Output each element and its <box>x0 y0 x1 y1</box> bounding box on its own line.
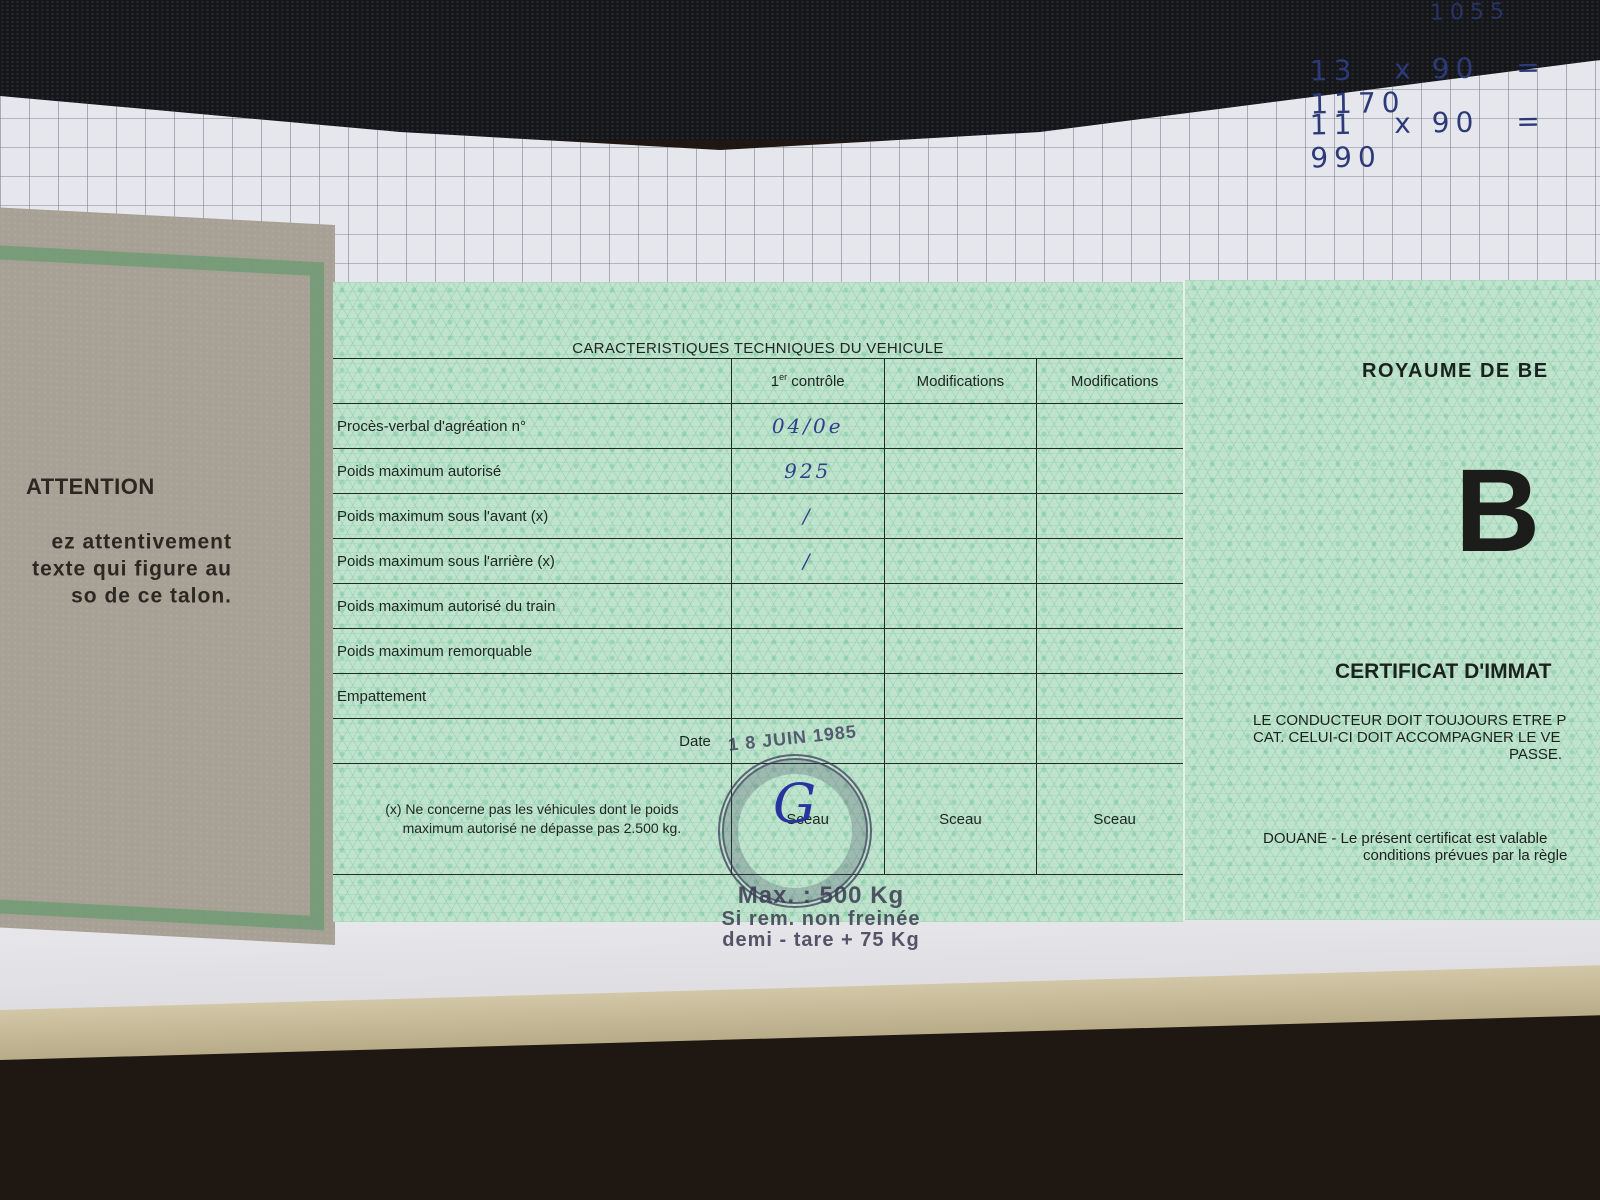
notice-line: PASSE. <box>1253 746 1566 763</box>
stamp-line: Si rem. non freinée <box>691 908 951 931</box>
first-control-value <box>731 674 884 719</box>
calc-equals: = <box>1516 50 1546 84</box>
seal-cell: Sceau <box>1037 764 1193 875</box>
modification-cell <box>884 404 1037 449</box>
first-control-value <box>731 584 884 629</box>
handwritten-calc-line-2: 11 x 90 = 990 <box>1309 103 1600 174</box>
calc-operator: x <box>1394 107 1417 140</box>
country-letter: B <box>1455 452 1540 570</box>
stamp-line: demi - tare + 75 Kg <box>691 929 951 952</box>
talon-title: ATTENTION <box>26 474 155 500</box>
footnote-line: (x) Ne concerne pas les véhicules dont l… <box>385 801 678 817</box>
page-title: CARACTERISTIQUES TECHNIQUES DU VEHICULE <box>333 340 1183 357</box>
header-modifications-2: Modifications <box>1037 359 1193 404</box>
table-row: Poids maximum sous l'arrière (x) / <box>333 539 1193 584</box>
talon-body: ez attentivement texte qui figure au so … <box>0 528 232 609</box>
technical-characteristics-page: CARACTERISTIQUES TECHNIQUES DU VEHICULE … <box>333 282 1183 922</box>
modification-cell <box>1037 494 1193 539</box>
date-label: Date <box>333 719 731 764</box>
modification-cell <box>1037 629 1193 674</box>
table-row: Procès-verbal d'agréation n° 04/0e <box>333 404 1193 449</box>
certificate-cover-page: ROYAUME DE BE B CERTIFICAT D'IMMAT LE CO… <box>1183 280 1600 920</box>
table-row: Empattement <box>333 674 1193 719</box>
notice-line: LE CONDUCTEUR DOIT TOUJOURS ETRE P <box>1253 712 1566 729</box>
talon-line: texte qui figure au <box>0 555 232 582</box>
calc-operand: 13 <box>1309 54 1357 88</box>
handwritten-initial: G <box>773 772 816 835</box>
table-header-row: 1er contrôle Modifications Modifications <box>333 359 1193 404</box>
header-modifications-1: Modifications <box>884 359 1037 404</box>
row-label: Poids maximum sous l'avant (x) <box>333 494 731 539</box>
date-cell <box>1037 719 1193 764</box>
driver-notice: LE CONDUCTEUR DOIT TOUJOURS ETRE P CAT. … <box>1253 712 1566 763</box>
notice-line: CAT. CELUI-CI DOIT ACCOMPAGNER LE VE <box>1253 729 1566 746</box>
first-control-value <box>731 629 884 674</box>
calc-operand: 90 <box>1431 106 1479 140</box>
modification-cell <box>1037 584 1193 629</box>
header-first-control: 1er contrôle <box>731 359 884 404</box>
talon-page: ATTENTION ez attentivement texte qui fig… <box>0 207 335 945</box>
modification-cell <box>884 494 1037 539</box>
footnote-line: maximum autorisé ne dépasse pas 2.500 kg… <box>337 819 727 838</box>
first-control-value: / <box>731 539 884 584</box>
seal-cell: Sceau <box>884 764 1037 875</box>
table-row: Poids maximum autorisé 925 <box>333 449 1193 494</box>
table-row: Poids maximum autorisé du train <box>333 584 1193 629</box>
calc-operand: 90 <box>1431 52 1479 86</box>
modification-cell <box>1037 449 1193 494</box>
modification-cell <box>884 449 1037 494</box>
calc-equals: = <box>1516 104 1546 138</box>
first-control-value: 04/0e <box>731 404 884 449</box>
first-control-value: 925 <box>731 449 884 494</box>
certificate-title: CERTIFICAT D'IMMAT <box>1335 660 1552 684</box>
first-control-value: / <box>731 494 884 539</box>
date-cell <box>884 719 1037 764</box>
douane-line: conditions prévues par la règle <box>1263 847 1567 864</box>
modification-cell <box>884 629 1037 674</box>
modification-cell <box>1037 404 1193 449</box>
calc-operator: x <box>1394 53 1417 86</box>
calc-operand: 11 <box>1309 108 1357 142</box>
douane-line: DOUANE - Le présent certificat est valab… <box>1263 830 1567 847</box>
row-label: Poids maximum autorisé du train <box>333 584 731 629</box>
table-row: Poids maximum sous l'avant (x) / <box>333 494 1193 539</box>
handwritten-partial-number: 1055 <box>1430 0 1510 26</box>
modification-cell <box>884 674 1037 719</box>
country-heading: ROYAUME DE BE <box>1362 360 1549 383</box>
modification-cell <box>884 539 1037 584</box>
footnote: (x) Ne concerne pas les véhicules dont l… <box>333 764 731 875</box>
row-label: Poids maximum autorisé <box>333 449 731 494</box>
calc-result: 990 <box>1310 140 1382 174</box>
header-blank <box>333 359 731 404</box>
row-label: Poids maximum remorquable <box>333 629 731 674</box>
row-label: Poids maximum sous l'arrière (x) <box>333 539 731 584</box>
modification-cell <box>1037 674 1193 719</box>
talon-line: so de ce talon. <box>0 582 232 609</box>
modification-cell <box>1037 539 1193 584</box>
row-label: Empattement <box>333 674 731 719</box>
talon-line: ez attentivement <box>0 528 232 555</box>
table-row: Poids maximum remorquable <box>333 629 1193 674</box>
modification-cell <box>884 584 1037 629</box>
row-label: Procès-verbal d'agréation n° <box>333 404 731 449</box>
customs-notice: DOUANE - Le présent certificat est valab… <box>1263 830 1567 864</box>
